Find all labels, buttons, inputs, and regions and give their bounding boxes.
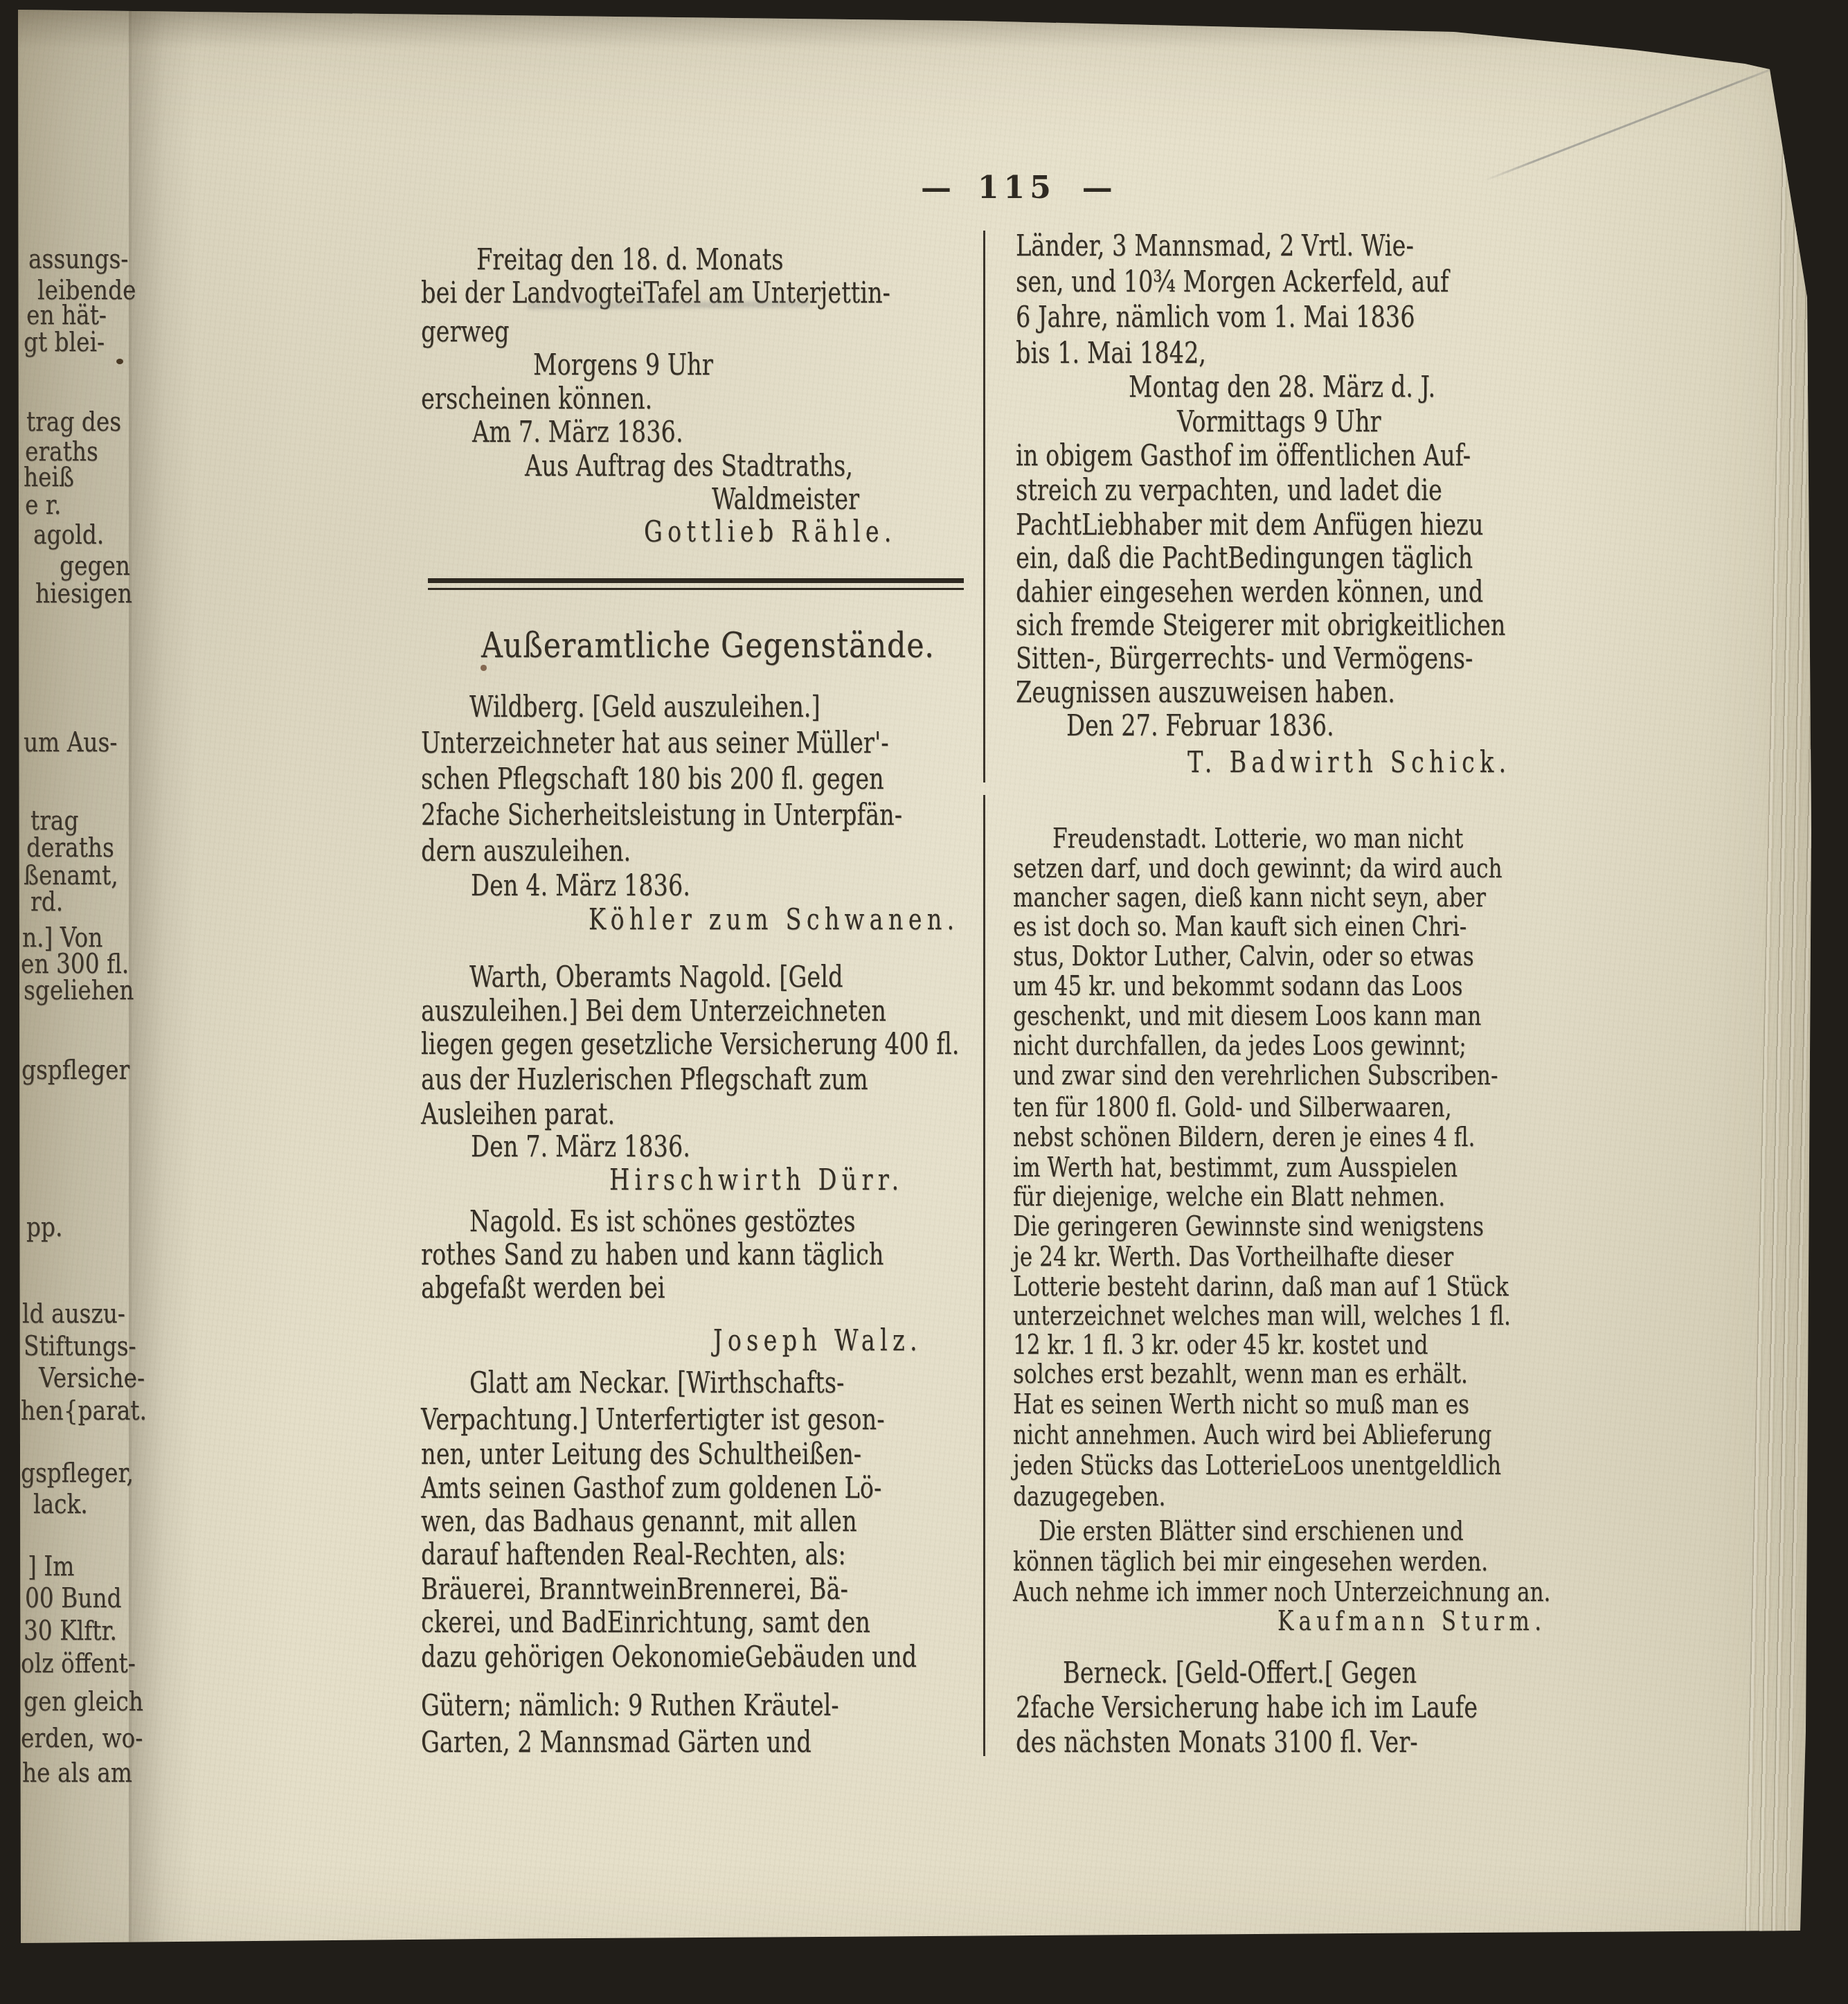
left-column-line: Morgens 9 Uhr: [533, 350, 713, 379]
left-column-line: Wildberg. [Geld auszuleihen.]: [469, 692, 820, 722]
prev-page-text-fragment: ] Im: [28, 1553, 74, 1580]
section-divider-thin-rule: [428, 588, 964, 590]
prev-page-text-fragment: Versiche-: [39, 1364, 145, 1392]
right-column-line: sen, und 10¾ Morgen Ackerfeld, auf: [1016, 267, 1448, 296]
left-column-line: darauf haftenden Real-Rechten, als:: [421, 1540, 846, 1569]
prev-page-text-fragment: hen{parat.: [21, 1397, 147, 1424]
column-divider-rule-lower: [983, 795, 985, 1756]
left-column-line: Bräuerei, BranntweinBrennerei, Bä-: [421, 1575, 848, 1604]
right-column-line: streich zu verpachten, und ladet die: [1016, 476, 1442, 505]
left-column-line: rothes Sand zu haben und kann täglich: [421, 1240, 883, 1269]
right-column-line: solches erst bezahlt, wenn man es erhält…: [1013, 1361, 1468, 1388]
right-column-line: für diejenige, welche ein Blatt nehmen.: [1013, 1183, 1445, 1210]
right-column-line: setzen darf, und doch gewinnt; da wird a…: [1013, 855, 1502, 882]
left-column-line: Warth, Oberamts Nagold. [Geld: [469, 963, 843, 992]
left-column-line: Den 7. März 1836.: [471, 1132, 690, 1161]
left-column-line: schen Pflegschaft 180 bis 200 fl. gegen: [421, 764, 884, 794]
prev-page-text-fragment: Stiftungs-: [24, 1332, 136, 1360]
left-column-line: Ausleihen parat.: [421, 1100, 615, 1129]
left-column-line: Hirschwirth Dürr.: [609, 1165, 904, 1195]
right-column-line: Die ersten Blätter sind erschienen und: [1039, 1518, 1464, 1545]
prev-page-text-fragment: trag: [30, 807, 78, 834]
right-column-line: dahier eingesehen werden können, und: [1016, 578, 1483, 607]
left-column-line: gerweg: [421, 317, 510, 346]
left-column-line: auszuleihen.] Bei dem Unterzeichneten: [421, 996, 886, 1026]
left-column-line: Den 4. März 1836.: [471, 871, 690, 900]
left-column-line: erscheinen können.: [421, 384, 652, 413]
right-column-line: Hat es seinen Werth nicht so muß man es: [1013, 1391, 1469, 1418]
left-column-line: Unterzeichneter hat aus seiner Müller'-: [421, 728, 889, 758]
left-column-line: Gottlieb Rähle.: [644, 517, 897, 546]
right-column-line: Den 27. Februar 1836.: [1066, 711, 1334, 740]
right-column-line: nicht durchfallen, da jedes Loos gewinnt…: [1013, 1032, 1466, 1059]
paper-sheet: assungs-leibendeen hät-gt blei-trag dese…: [0, 0, 1848, 2004]
right-column-line: Sitten-, Bürgerrechts- und Vermögens-: [1016, 644, 1473, 673]
right-column-line: mancher sagen, dieß kann nicht seyn, abe…: [1013, 884, 1486, 911]
right-column-line: Auch nehme ich immer noch Unterzeichnung…: [1013, 1579, 1551, 1606]
prev-page-text-fragment: en 300 fl.: [21, 950, 129, 978]
right-column-line: um 45 kr. und bekommt sodann das Loos: [1013, 973, 1463, 1000]
prev-page-text-fragment: n.] Von: [22, 924, 102, 951]
right-column-line: Montag den 28. März d. J.: [1129, 373, 1435, 402]
right-column-line: Die geringeren Gewinnste sind wenigstens: [1013, 1213, 1484, 1240]
prev-page-text-fragment: e r.: [25, 491, 61, 519]
prev-page-text-fragment: ld auszu-: [22, 1300, 125, 1327]
right-column-line: 2fache Versicherung habe ich im Laufe: [1016, 1693, 1478, 1722]
prev-page-text-fragment: rd.: [30, 888, 63, 915]
left-column-line: 2fache Sicherheitsleistung in Unterpfän-: [421, 800, 902, 830]
prev-page-text-fragment: agold.: [33, 521, 104, 548]
right-column-line: PachtLiebhaber mit dem Anfügen hiezu: [1016, 510, 1483, 539]
bottom-edge-shadow: [0, 1942, 1848, 2004]
right-column-line: des nächsten Monats 3100 fl. Ver-: [1016, 1728, 1418, 1757]
prev-page-text-fragment: um Aus-: [24, 728, 117, 756]
right-column-line: und zwar sind den verehrlichen Subscribe…: [1013, 1062, 1498, 1089]
right-column-line: ten für 1800 fl. Gold- und Silberwaaren,: [1013, 1094, 1452, 1121]
right-column-line: können täglich bei mir eingesehen werden…: [1013, 1548, 1488, 1575]
left-column-line: liegen gegen gesetzliche Versicherung 40…: [421, 1030, 959, 1059]
left-column-line: Verpachtung.] Unterfertigter ist geson-: [421, 1405, 885, 1434]
right-column-line: es ist doch so. Man kauft sich einen Chr…: [1013, 913, 1466, 940]
previous-page-edge: assungs-leibendeen hät-gt blei-trag dese…: [18, 0, 174, 2004]
prev-page-text-fragment: en hät-: [26, 301, 107, 329]
left-column-line: Garten, 2 Mannsmad Gärten und: [421, 1728, 811, 1757]
right-column-line: Zeugnissen auszuweisen haben.: [1016, 678, 1395, 707]
right-column-line: unterzeichnet welches man will, welches …: [1013, 1303, 1511, 1330]
prev-page-text-fragment: ßenamt,: [24, 861, 118, 889]
prev-page-text-fragment: pp.: [26, 1213, 62, 1241]
left-column-line: Außeramtliche Gegenstände.: [481, 628, 935, 663]
prev-page-text-fragment: hiesigen: [35, 580, 132, 607]
right-column-line: sich fremde Steigerer mit obrigkeitliche…: [1016, 611, 1505, 640]
prev-page-text-fragment: lack.: [33, 1490, 88, 1518]
right-column-line: jeden Stücks das LotterieLoos unentgeldl…: [1013, 1452, 1501, 1479]
right-column-line: nicht annehmen. Auch wird bei Ablieferun…: [1013, 1422, 1491, 1449]
prev-page-text-fragment: sgeliehen: [24, 976, 134, 1004]
left-column-line: Gütern; nämlich: 9 Ruthen Kräutel-: [421, 1691, 839, 1720]
right-column-line: 12 kr. 1 fl. 3 kr. oder 45 kr. kostet un…: [1013, 1332, 1428, 1359]
prev-page-text-fragment: heiß: [24, 463, 74, 491]
left-column-line: Amts seinen Gasthof zum goldenen Lö-: [421, 1474, 881, 1503]
prev-page-text-fragment: gspfleger: [21, 1056, 129, 1084]
left-column-line: abgefaßt werden bei: [421, 1273, 665, 1303]
left-column: Freitag den 18. d. Monatsbei der Landvog…: [415, 0, 969, 2004]
right-column-line: Länder, 3 Mannsmad, 2 Vrtl. Wie-: [1016, 231, 1414, 260]
right-column-line: in obigem Gasthof im öffentlichen Auf-: [1016, 441, 1471, 470]
right-column-line: je 24 kr. Werth. Das Vortheilhafte diese…: [1013, 1244, 1453, 1271]
prev-page-text-fragment: 30 Klftr.: [24, 1617, 117, 1645]
right-column-line: Lotterie besteht darinn, daß man auf 1 S…: [1013, 1273, 1509, 1300]
left-column-line: dern auszuleihen.: [421, 837, 631, 866]
left-column-line: Waldmeister: [712, 485, 859, 514]
left-column-line: nen, unter Leitung des Schultheißen-: [421, 1440, 861, 1469]
left-column-line: Joseph Walz.: [713, 1326, 922, 1355]
right-column: Länder, 3 Mannsmad, 2 Vrtl. Wie-sen, und…: [1007, 0, 1603, 2004]
left-column-line: Freitag den 18. d. Monats: [476, 245, 783, 274]
right-column-line: Kaufmann Sturm.: [1277, 1608, 1546, 1635]
paper-speck: [481, 665, 487, 671]
right-column-line: T. Badwirth Schick.: [1187, 748, 1511, 777]
left-column-line: Am 7. März 1836.: [472, 418, 683, 447]
left-column-line: Glatt am Neckar. [Wirthschafts-: [469, 1368, 844, 1397]
right-column-line: geschenkt, und mit diesem Loos kann man: [1013, 1003, 1481, 1030]
page-stack-edges: [1745, 62, 1829, 1933]
right-column-line: Berneck. [Geld-Offert.[ Gegen: [1063, 1658, 1417, 1688]
left-column-line: Aus Auftrag des Stadtraths,: [525, 451, 853, 481]
prev-page-text-fragment: trag des: [26, 408, 121, 436]
right-column-line: bis 1. Mai 1842,: [1016, 339, 1206, 368]
paper-speck: [116, 359, 123, 364]
left-column-line: Nagold. Es ist schönes gestöztes: [469, 1207, 855, 1236]
prev-page-text-fragment: erden, wo-: [21, 1724, 143, 1752]
section-divider-thick-rule: [428, 578, 964, 583]
right-column-line: nebst schönen Bildern, deren je eines 4 …: [1013, 1124, 1475, 1151]
prev-page-text-fragment: 00 Bund: [25, 1584, 122, 1612]
prev-page-text-fragment: gen gleich: [24, 1688, 143, 1715]
right-column-line: Vormittags 9 Uhr: [1177, 407, 1381, 436]
left-column-line: wen, das Badhaus genannt, mit allen: [421, 1507, 857, 1536]
prev-page-text-fragment: gspfleger,: [21, 1459, 134, 1487]
prev-page-text-fragment: gegen: [60, 552, 130, 580]
column-divider-rule-upper: [983, 231, 985, 782]
left-column-line: dazu gehörigen OekonomieGebäuden und: [421, 1643, 917, 1672]
left-column-line: aus der Huzlerischen Pflegschaft zum: [421, 1065, 868, 1094]
right-column-line: 6 Jahre, nämlich vom 1. Mai 1836: [1016, 303, 1415, 332]
right-column-line: dazugegeben.: [1013, 1483, 1165, 1510]
right-column-line: stus, Doktor Luther, Calvin, oder so etw…: [1013, 943, 1474, 970]
prev-page-text-fragment: gt blei-: [24, 328, 105, 356]
prev-page-text-fragment: olz öffent-: [21, 1649, 136, 1677]
prev-page-text-fragment: he als am: [22, 1759, 132, 1787]
prev-page-text-fragment: assungs-: [28, 245, 128, 273]
right-column-line: im Werth hat, bestimmt, zum Ausspielen: [1013, 1154, 1457, 1181]
prev-page-text-fragment: deraths: [26, 834, 114, 861]
right-column-line: Freudenstadt. Lotterie, wo man nicht: [1052, 825, 1463, 852]
right-column-line: ein, daß die PachtBedingungen täglich: [1016, 544, 1473, 573]
left-column-line: ckerei, und BadEinrichtung, samt den: [421, 1608, 870, 1637]
left-column-line: Köhler zum Schwanen.: [589, 905, 959, 934]
